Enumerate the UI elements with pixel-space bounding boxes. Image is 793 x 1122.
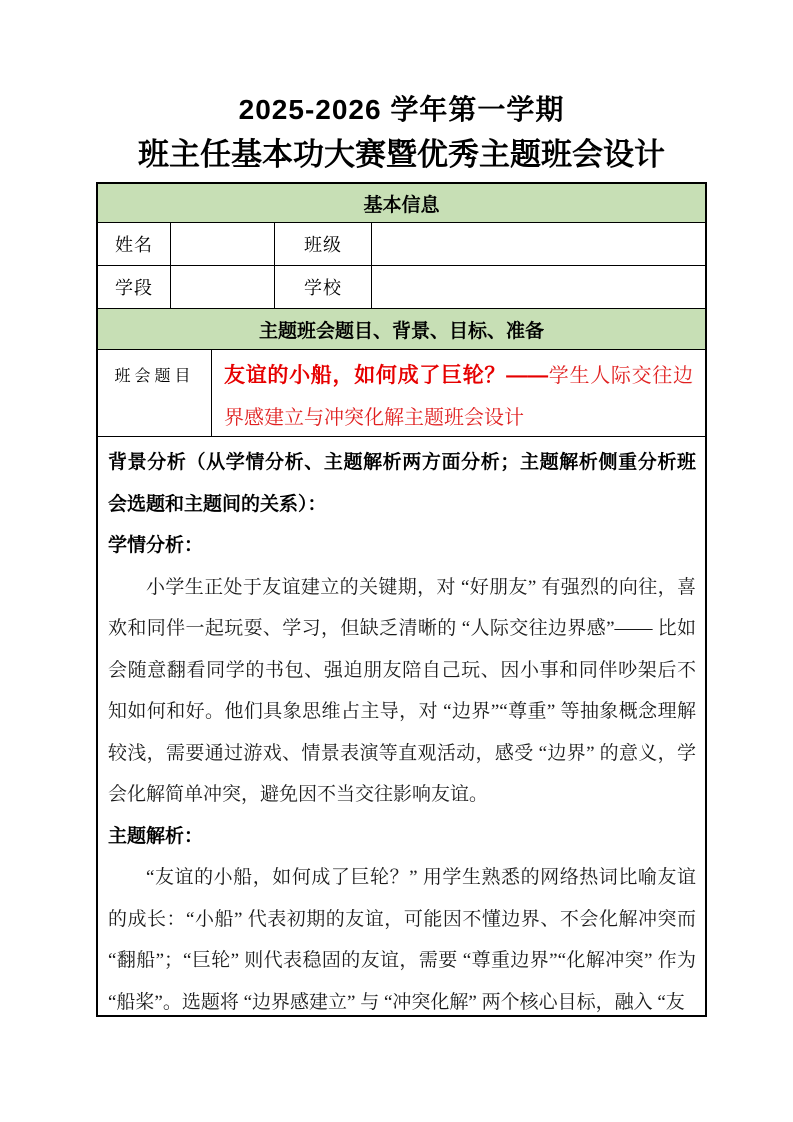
section-header-basic-info: 基本信息 [98, 184, 705, 223]
class-label: 班级 [275, 223, 372, 265]
topic-title-main: 友谊的小船，如何成了巨轮？—— [224, 364, 548, 387]
name-field[interactable] [171, 223, 275, 265]
section-header-topic: 主题班会题目、背景、目标、准备 [98, 309, 705, 350]
title-line-2: 班主任基本功大赛暨优秀主题班会设计 [96, 132, 707, 178]
title-line-1: 2025-2026 学年第一学期 [96, 88, 707, 132]
topic-title-text: 友谊的小船，如何成了巨轮？——学生人际交往边界感建立与冲突化解主题班会设计 [212, 350, 705, 436]
stage-label: 学段 [98, 266, 171, 308]
basic-info-row-1: 姓名 班级 [98, 223, 705, 266]
document-page: 2025-2026 学年第一学期 班主任基本功大赛暨优秀主题班会设计 基本信息 … [0, 0, 793, 1122]
background-analysis-heading: 背景分析（从学情分析、主题解析两方面分析；主题解析侧重分析班会选题和主题间的关系… [108, 442, 696, 525]
document-title: 2025-2026 学年第一学期 班主任基本功大赛暨优秀主题班会设计 [96, 88, 707, 178]
student-analysis-paragraph: 小学生正处于友谊建立的关键期，对 “好朋友” 有强烈的向往，喜欢和同伴一起玩耍、… [108, 567, 696, 816]
class-field[interactable] [372, 223, 705, 265]
student-analysis-heading: 学情分析： [108, 525, 696, 567]
section-header-basic-info-label: 基本信息 [363, 190, 439, 217]
name-label: 姓名 [98, 223, 171, 265]
form-table: 基本信息 姓名 班级 学段 学校 主题班会题目、背景、目标、准备 班会题目 友谊… [96, 182, 707, 1017]
theme-analysis-paragraph: “友谊的小船，如何成了巨轮？” 用学生熟悉的网络热词比喻友谊的成长：“小船” 代… [108, 857, 696, 1015]
school-field[interactable] [372, 266, 705, 308]
theme-analysis-heading: 主题解析： [108, 816, 696, 858]
section-header-topic-label: 主题班会题目、背景、目标、准备 [259, 316, 544, 343]
topic-label: 班会题目 [98, 350, 212, 436]
background-analysis-cell: 背景分析（从学情分析、主题解析两方面分析；主题解析侧重分析班会选题和主题间的关系… [98, 437, 705, 1015]
topic-title-row: 班会题目 友谊的小船，如何成了巨轮？——学生人际交往边界感建立与冲突化解主题班会… [98, 350, 705, 437]
school-label: 学校 [275, 266, 372, 308]
stage-field[interactable] [171, 266, 275, 308]
basic-info-row-2: 学段 学校 [98, 266, 705, 309]
